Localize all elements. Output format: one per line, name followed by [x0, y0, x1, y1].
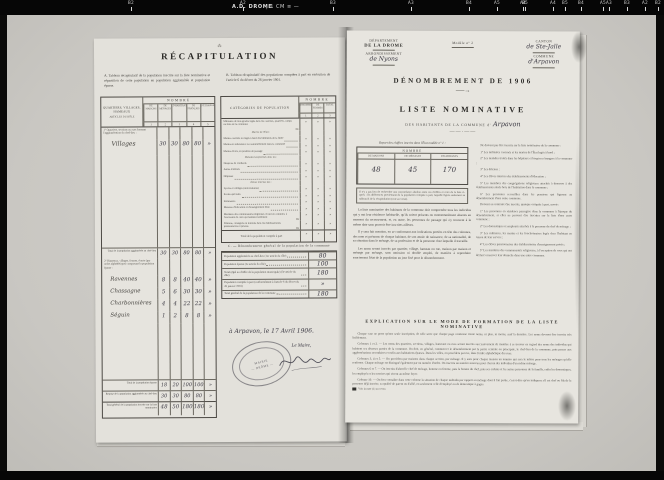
table-a-spacer	[102, 323, 215, 380]
tick-mark	[333, 7, 334, 11]
explication-section: EXPLICATION SUR LE MODE DE FORMATION DE …	[352, 319, 571, 392]
page-edge-smudge	[571, 31, 587, 63]
village-row: Villages 30 30 80 80 »	[101, 139, 214, 156]
rule-divider	[533, 52, 555, 53]
hamlet-row: Charbonnières 4 4 22 22 »	[102, 299, 215, 312]
column-number: 4	[186, 122, 200, 126]
film-ruler-tick: A5	[490, 1, 504, 11]
intro-paragraph-b: B. Tableau récapitulatif des populations…	[226, 72, 330, 82]
table-a-header-main: QUARTIERS, VILLAGES, HAMEAUX	[102, 105, 141, 113]
table-b-column-headers: D'HOMMESDE FEMMESTOTAL	[299, 103, 335, 112]
note-paragraph: 1° Les personnes en résidence passagère …	[476, 209, 572, 222]
page-edge-smudge	[574, 135, 582, 335]
canton-commune-block: CANTON de Ste-Jalle COMMUNE d'Arpavon	[515, 39, 573, 69]
note-paragraph: 2° Les domestiques et employés attachés …	[476, 224, 572, 229]
note-paragraph: 4° Les élèves pensionnaires des établiss…	[476, 242, 572, 247]
instruction-paragraph: Il y sera fait mention, en se conformant…	[353, 229, 471, 244]
column-number: 2	[311, 113, 323, 117]
table-a-column-numbers: 12345	[144, 121, 215, 126]
film-ruler-tick: A4	[546, 1, 560, 11]
recapitulation-title: RÉCAPITULATION	[94, 50, 345, 61]
population-table-a: QUARTIERS, VILLAGES, HAMEAUX ARTICLES DU…	[100, 96, 217, 419]
table-a-header-sub: ARTICLES DU RÔLE	[102, 115, 141, 118]
category-row: Militaires de tous grades logés dans les…	[221, 118, 335, 130]
habitants-label: DES HABITANTS DE LA COMMUNE d'	[405, 123, 491, 127]
film-ruler: B2A2B3A3B4A4B5A5 A.D. DROME | 1 CM ≡ — A…	[0, 0, 664, 15]
grand-total-row: Total général de la population inscrite …	[103, 401, 216, 416]
microfilm-scan-viewport: B2A2B3A3B4A4B5A5 A.D. DROME | 1 CM ≡ — A…	[0, 0, 664, 480]
arrow-ornament: ──→	[347, 87, 580, 94]
column-header: DE MAISONS	[143, 104, 157, 121]
categories-table-b: CATÉGORIES DE POPULATION NOMBRE D'HOMMES…	[220, 95, 337, 243]
table-b-column-numbers: 123	[299, 112, 335, 117]
signature-place-date: à Arpavon, le 17 Avril 1906.	[205, 327, 337, 335]
tick-mark	[658, 7, 659, 11]
report-values: 4845170	[357, 160, 467, 184]
explication-paragraphs: Chaque case ne porte qu'une seule inscri…	[352, 332, 571, 387]
tick-mark	[627, 7, 628, 11]
section-c-row: Total (égal au chiffre de la population …	[222, 267, 336, 279]
film-ruler-tick: B3	[620, 1, 634, 11]
total-row: Total de la population éparse 18 20 100 …	[103, 379, 216, 391]
film-ruler-tick: A3	[404, 1, 418, 11]
table-a-bottom-rows: Total de la population éparse 18 20 100 …	[103, 379, 216, 402]
column-header: TOTAL	[323, 103, 335, 112]
modele-block: Modèle n° 2	[435, 41, 491, 49]
instruction-paragraph: Les noms seront inscrits par quartier, v…	[353, 246, 471, 261]
census-title: DÉNOMBREMENT DE 1906	[347, 76, 580, 85]
film-ruler-tick: B5	[518, 1, 532, 11]
hamlet-row: Chassagne 5 6 30 30 »	[102, 287, 215, 300]
footnote-square-mark	[352, 388, 356, 391]
film-ruler-tick: B5	[558, 1, 572, 11]
note-paragraph: 2° Les malades traités dans les hôpitaux…	[476, 156, 572, 165]
scale-label: | 1 CM ≡ —	[266, 4, 299, 10]
instructions-paragraphs: La liste nominative des habitants de la …	[353, 208, 471, 261]
tick-mark	[581, 7, 582, 11]
section-1-heading-row: 1° Quartiers, sections ou rues formant l…	[101, 127, 214, 140]
film-ruler-tick: A2	[638, 1, 652, 11]
explication-footnote: Voir la note (1) au verso.	[352, 388, 571, 392]
note-paragraph: Ne doivent pas être inscrits sur la list…	[476, 143, 572, 148]
commune-total-table-c: Population agglomérée au chef-lieu (1er …	[221, 250, 337, 299]
table-b-header-main: CATÉGORIES DE POPULATION	[221, 97, 299, 118]
departement-value: DE LA DROME	[353, 43, 415, 48]
recapitulation-page: ⁂ RÉCAPITULATION A. Tableau récapitulati…	[94, 37, 347, 442]
column-number: 3	[172, 122, 186, 126]
tick-mark	[553, 7, 554, 11]
rule-divider	[373, 64, 395, 65]
table-b-header: CATÉGORIES DE POPULATION NOMBRE D'HOMMES…	[221, 96, 335, 119]
film-ruler-tick: B2	[651, 1, 664, 11]
mairie-stamp: MAIRIE — DRÔME —	[227, 335, 296, 392]
film-ruler-tick: B4	[462, 1, 476, 11]
note-paragraph: Doivent au contraire être inscrits, quoi…	[476, 202, 572, 207]
total-row: Reprise de la population agglomérée au c…	[103, 390, 216, 402]
section-c-row: Population comptée à part (conformément …	[222, 278, 336, 290]
scanner-bed: ⁂ RÉCAPITULATION A. Tableau récapitulati…	[7, 15, 656, 471]
report-table: NOMBRE DE MAISONSDE MÉNAGESD'HABITANTS 4…	[356, 147, 468, 185]
liste-nominative-page: DÉPARTEMENT DE LA DROME ARRONDISSEMENT d…	[345, 30, 580, 423]
report-value: 48	[357, 160, 394, 184]
report-value: 170	[431, 160, 468, 184]
hamlet-rows: Ravennes 8 8 40 40 » Chassagne 5 6 30 30	[102, 275, 215, 324]
explication-paragraph: Colonnes 3, 4 et 5. — On procédera par m…	[352, 356, 571, 365]
rule-divider	[533, 67, 555, 68]
page-edge-smudge	[558, 391, 576, 421]
tick-mark	[469, 7, 470, 11]
hamlet-row: Séguin 1 2 8 8 »	[102, 311, 215, 324]
note-paragraph: 5° Les membres des congrégations religie…	[476, 181, 572, 190]
note-paragraph: 4° Les élèves internes des établissement…	[476, 174, 572, 179]
divider-ornament: ——·——	[346, 129, 579, 135]
column-header: D'HOMMES	[299, 104, 311, 113]
section-c-row: Population agglomérée au chef-lieu (1er …	[222, 251, 336, 260]
table-a-header: QUARTIERS, VILLAGES, HAMEAUX ARTICLES DU…	[101, 97, 214, 128]
film-ruler-tick: A3	[602, 1, 616, 11]
explication-title: EXPLICATION SUR LE MODE DE FORMATION DE …	[353, 319, 572, 330]
habitants-subtitle: DES HABITANTS DE LA COMMUNE d' Arpavon	[346, 119, 579, 128]
tick-mark	[131, 7, 132, 11]
arrondissement-value: de Nyons	[353, 56, 415, 63]
commune-value: d'Arpavon	[515, 58, 573, 65]
note-paragraph: 1° Les militaires casernés et les marins…	[476, 150, 572, 155]
film-ruler-tick: B4	[574, 1, 588, 11]
section-2-heading-row: 2° Hameaux, villages, fermes, écarts (pa…	[102, 258, 215, 276]
rule-divider	[373, 49, 395, 50]
report-value: 45	[394, 160, 431, 184]
column-number: 2	[158, 122, 172, 126]
note-paragraph: 6° Les personnes recueillies dans les pe…	[476, 192, 572, 201]
section-c-row: Population éparse (2e article du rôle) 1…	[222, 259, 336, 268]
explication-paragraph: Colonnes 6 et 7. — On inscrira d'abord l…	[352, 367, 571, 376]
column-number: 5	[200, 122, 214, 126]
notes-column: Ne doivent pas être inscrits sur la list…	[476, 143, 573, 260]
maire-role-label: Le Maire,	[292, 344, 312, 349]
column-header: D'ÉTRANGERS	[200, 104, 214, 121]
column-header: DE MÉNAGES	[158, 104, 172, 121]
explication-paragraph: Colonnes 1 et 2. — Les noms des quartier…	[352, 342, 571, 356]
report-note: Il n'y a pas lieu de rechercher une conc…	[356, 188, 468, 205]
column-header: D'HABITANTS	[172, 104, 186, 121]
column-number: 1	[144, 122, 158, 126]
film-bottom-bar	[0, 471, 664, 480]
liste-nominative-title: LISTE NOMINATIVE	[346, 104, 579, 114]
section-c-title: C. — Dénombrement général de la populati…	[221, 243, 337, 248]
tick-mark	[645, 7, 646, 11]
instruction-paragraph: La liste nominative des habitants de la …	[353, 208, 471, 228]
report-column: Report des chiffres inscrits dans l'État…	[353, 141, 472, 264]
category-row: Détenus, consignés ou internés dans les …	[222, 220, 336, 230]
total-agglomeree-row: Total de la population agglomérée au che…	[102, 247, 215, 259]
column-number: 3	[323, 113, 335, 117]
column-header: DE FRANÇAIS	[186, 104, 200, 121]
film-ruler-tick: B3	[326, 1, 340, 11]
departement-block: DÉPARTEMENT DE LA DROME ARRONDISSEMENT d…	[353, 39, 415, 67]
table-b-total-row: Total de la population comptée à part » …	[222, 229, 336, 242]
tick-mark	[411, 7, 412, 11]
report-heading: Report des chiffres inscrits dans l'État…	[353, 141, 471, 146]
commune-name-handwritten: Arpavon	[493, 120, 521, 128]
table-b-rows: Militaires de tous grades logés dans les…	[221, 118, 336, 230]
note-paragraph: 3° Les militaires, les marins et les fon…	[476, 231, 572, 240]
tick-mark	[565, 7, 566, 11]
modele-label: Modèle n° 2	[435, 41, 491, 45]
tick-mark	[609, 7, 610, 11]
tick-mark	[497, 7, 498, 11]
explication-paragraph: Chaque case ne porte qu'une seule inscri…	[353, 332, 572, 341]
section-c-row: Total général de la population de la com…	[222, 289, 336, 298]
table-a-column-headers: DE MAISONSDE MÉNAGESD'HABITANTSDE FRANÇA…	[143, 104, 214, 121]
film-ruler-tick: B2	[124, 1, 138, 11]
explication-paragraph: Colonne 10. — On fera connaître dans cet…	[352, 377, 571, 386]
tick-mark	[525, 7, 526, 11]
rule-divider	[452, 46, 474, 47]
note-paragraph: 5° Les membres des communautés religieus…	[476, 248, 572, 257]
column-header: DE FEMMES	[311, 103, 323, 112]
hamlet-row: Ravennes 8 8 40 40 »	[102, 275, 215, 288]
table-a-spacer	[102, 155, 215, 248]
intro-paragraph-a: A. Tableau récapitulatif de la populatio…	[104, 73, 210, 88]
canton-value: de Ste-Jalle	[515, 43, 573, 50]
column-number: 1	[299, 114, 311, 118]
note-paragraph: 3° Les détenus ;	[476, 167, 572, 172]
page-fold-mark: ⁂	[94, 42, 345, 48]
